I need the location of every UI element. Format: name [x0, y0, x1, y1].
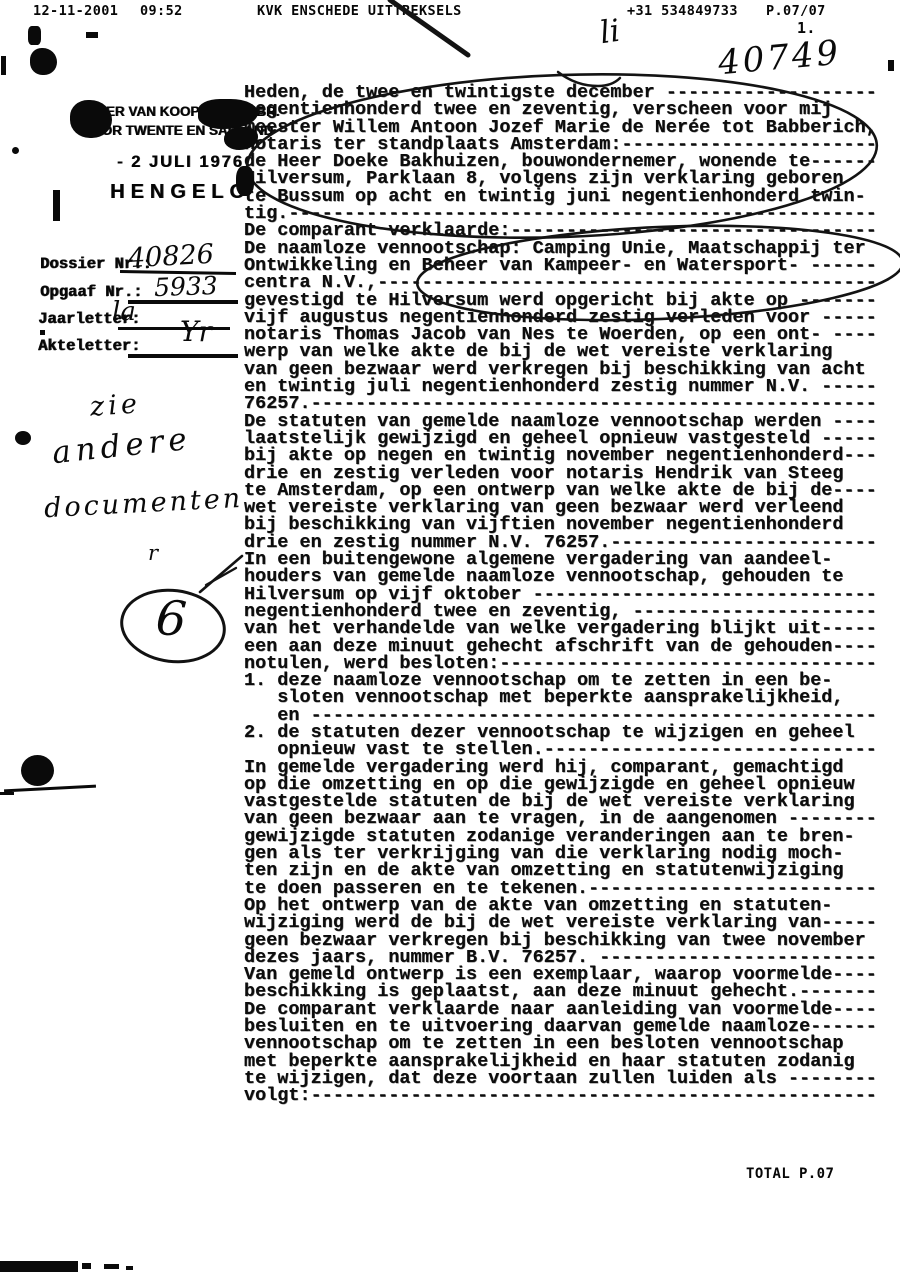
circle-six-tail-1	[200, 556, 242, 592]
scan-noise	[12, 147, 19, 154]
akteletter-value: Yr	[180, 315, 212, 348]
circled-number: 6	[154, 590, 188, 648]
circle-six-tail-2	[206, 568, 236, 585]
pen-streak	[0, 792, 14, 795]
fax-date: 12-11-2001	[33, 3, 118, 19]
scan-noise	[888, 60, 894, 71]
scan-noise	[126, 1266, 133, 1270]
stamp-date: - 2 JULI 1976	[117, 153, 244, 172]
scan-noise	[30, 48, 57, 75]
dossier-value: 40826	[127, 239, 214, 274]
fax-footer-total: TOTAL P.07	[746, 1166, 834, 1182]
ink-dot	[15, 431, 31, 445]
margin-small-mark: r	[148, 541, 158, 565]
fax-phone: +31 534849733	[627, 3, 738, 19]
jaarletter-value: la	[112, 297, 136, 327]
ink-smudge-body-left	[236, 166, 254, 196]
fax-time: 09:52	[140, 3, 183, 19]
margin-note-line2: andere	[51, 421, 194, 471]
scan-noise	[28, 26, 41, 45]
scan-noise-bottom-bar	[0, 1261, 78, 1272]
stamp-place: HENGELO	[110, 181, 251, 204]
scan-noise	[104, 1264, 119, 1269]
scanned-fax-page: 12-11-2001 09:52 KVK ENSCHEDE UITTREKSEL…	[0, 0, 900, 1273]
handwritten-initials: li	[598, 13, 623, 51]
punch-hole-mark	[21, 755, 54, 786]
jaarletter-underline	[118, 327, 230, 330]
akteletter-label: Akteletter:	[38, 337, 140, 355]
akteletter-underline	[128, 354, 238, 358]
pen-streak	[4, 785, 96, 793]
scan-noise	[1, 56, 6, 75]
handwritten-dossier-number: 40749	[716, 33, 842, 84]
deed-body-text: Heden, de twee en twintigste december --…	[244, 84, 877, 1105]
scan-noise	[40, 330, 45, 335]
fax-sender: KVK ENSCHEDE UITTREKSELS	[257, 3, 462, 19]
margin-note-line1: zie	[89, 388, 142, 422]
scan-noise	[53, 190, 60, 221]
scan-noise	[82, 1263, 91, 1269]
scan-noise	[86, 32, 98, 38]
opgaaf-value: 5933	[154, 271, 219, 302]
ink-smudge-stamp-left	[70, 100, 112, 138]
margin-note-line3: documenten	[43, 483, 244, 524]
fax-page-count: P.07/07	[766, 3, 826, 19]
